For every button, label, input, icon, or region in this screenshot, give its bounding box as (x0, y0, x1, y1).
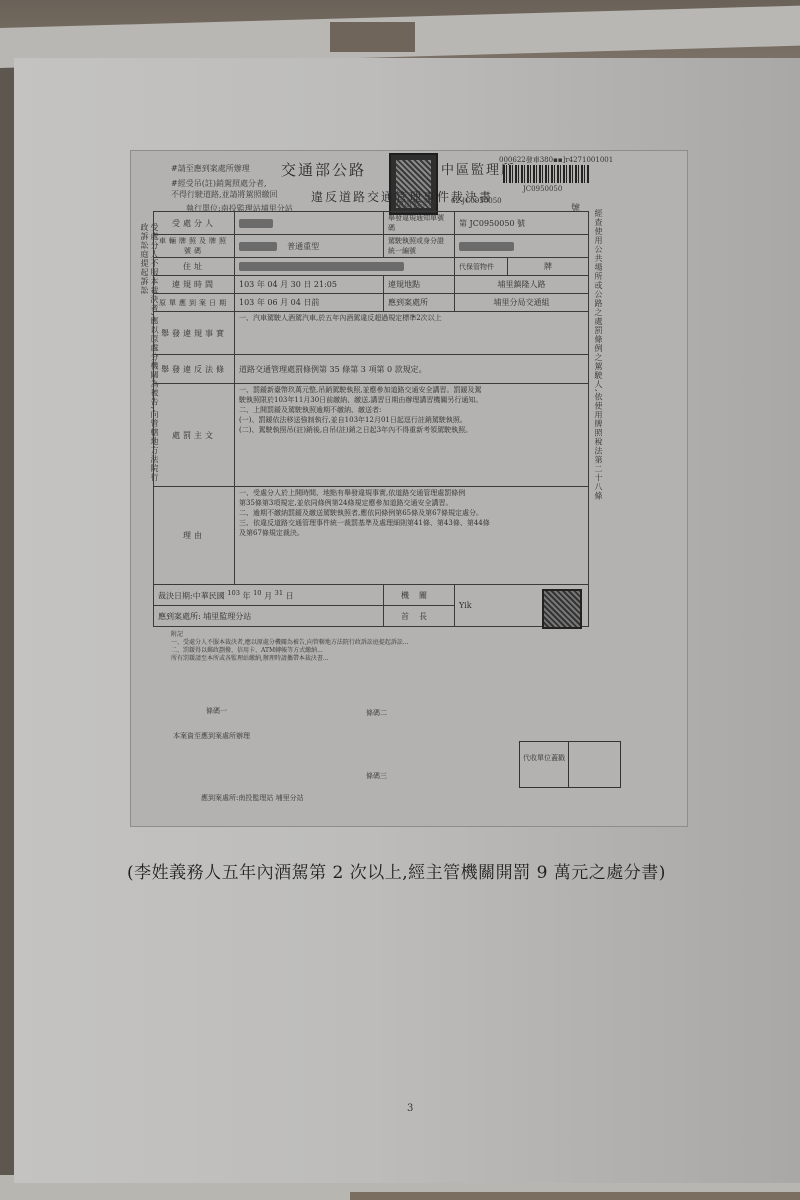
order-line: (二)、駕駛執照吊(註)銷後,自吊(註)銷之日起3年內不得重新考領駕駛執照。 (239, 425, 584, 435)
vehicle-value: 普通重型 (235, 235, 384, 258)
collection-stamp-box: 代收單位蓋戳 (519, 741, 621, 788)
row-label: 舉發違規通知單號碼 (384, 212, 455, 235)
order-line: 一、罰鍰新臺幣玖萬元整,吊銷駕駛執照,並應參加道路交通安全講習。罰鍰及駕 (239, 385, 584, 395)
header-note-3: 不得行駛道路,並請將駕照繳回 (171, 189, 278, 200)
side-note-right: 經查使用公共場所或公路之處罰條例之駕駛人,依使用牌照稅法第二十八條 (593, 209, 603, 589)
row-label: 原單應到案日期 (154, 294, 235, 312)
row-label: 駕駛執照或身分證統一編號 (384, 235, 455, 258)
document-caption: (李姓義務人五年內酒駕第 2 次以上,經主管機關開罰 9 萬元之處分書) (127, 848, 707, 898)
address-value (235, 258, 455, 276)
reason-line: 一、受處分人於上開時間、地點有舉發違規事實,依道路交通管理處罰條例 (239, 488, 584, 498)
header-note-2: #經受吊(註)銷駕照處分者, (171, 178, 267, 189)
violation-location: 埔里鎮隆人路 (455, 276, 589, 294)
order-line: 二、上開罰鍰及駕駛執照逾期不繳納、繳送者: (239, 405, 584, 415)
qr-code-small (542, 589, 582, 629)
table-row: 原單應到案日期 103 年 06 月 04 日前 應到案處所 埔里分局交通組 (154, 294, 589, 312)
scanned-penalty-notice: #請至應到案處所辦理 #經受吊(註)銷駕照處分者, 不得行駛道路,並請將駕照繳回… (130, 150, 688, 827)
order-line: (一)、罰鍰依法移送強制執行,並自103年12月01日起逕行註銷駕駛執照。 (239, 415, 584, 425)
held-item-value: 牌 (508, 258, 589, 276)
row-label: 違規時間 (154, 276, 235, 294)
barcode-label-2: 條碼二 (366, 708, 387, 718)
row-label: 代保管物件 (455, 258, 508, 276)
redacted-block (239, 262, 404, 271)
stamp-label: 代收單位蓋戳 (520, 742, 569, 787)
row-label: 違規地點 (384, 276, 455, 294)
reason-line: 二、逾期不繳納罰鍰及繳送駕駛執照者,應依同條例第65條及第67條規定處分。 (239, 508, 584, 518)
footnote-label: 附記 (171, 631, 183, 638)
decision-date: 裁決日期:中華民國 103 年 10 月 31 日 (154, 585, 384, 606)
top-right-code: 000622發車380▪▪]r4271001001 (499, 155, 613, 165)
row-label: 理由 (154, 487, 235, 585)
table-row: 舉發違規事實 一、汽車駕駛人酒駕汽車,於五年內酒駕違反超過規定標準2次以上 (154, 312, 589, 355)
organ-label: 機關 (384, 585, 455, 606)
table-row: 受處分人 舉發違規通知單號碼 第 JC0950050 號 (154, 212, 589, 235)
page-number: 3 (407, 1103, 413, 1114)
footnote-line: 所有罰鍰請至本所或各監理站繳納,辦理時請攜帶本裁決書... (171, 655, 641, 663)
violated-law: 道路交通管理處罰條例第 35 條第 3 項第 0 款規定。 (235, 355, 589, 384)
serial-value: 62-JC0950050 (451, 197, 502, 205)
table-row: 裁決日期:中華民國 103 年 10 月 31 日 機關 Yik (154, 585, 589, 606)
row-label: 舉發違反法條 (154, 355, 235, 384)
redacted-block (239, 242, 277, 251)
reason-line: 第35條第3項規定,並依同條例第24條規定應參加道路交通安全講習。 (239, 498, 584, 508)
background-surface-bottom (350, 1192, 800, 1200)
footnote: 附記 一、受處分人不服本裁決者,應以原處分機關為被告,向管轄地方法院行政訴訟庭提… (171, 631, 641, 663)
recipient-value (235, 212, 384, 235)
notice-number: 第 JC0950050 號 (455, 212, 589, 235)
header-note-1: #請至應到案處所辦理 (171, 163, 250, 174)
reason-line: 及第67條規定裁決。 (239, 528, 584, 538)
report-office: 埔里分局交通組 (455, 294, 589, 312)
redacted-block (459, 242, 514, 251)
order-line: 駛執照限於103年11月30日前繳納、繳送,講習日期由辦理講習機關另行通知。 (239, 395, 584, 405)
signature-cell: Yik (455, 585, 589, 627)
penalty-reason: 一、受處分人於上開時間、地點有舉發違規事實,依道路交通管理處罰條例 第35條第3… (235, 487, 589, 585)
head-signature: Yik (459, 601, 472, 610)
office-cell: 應到案處所: 埔里監理分站 (154, 606, 384, 627)
table-row: 住址 代保管物件 牌 (154, 258, 589, 276)
barcode-label-1: 條碼一 (206, 706, 227, 716)
footnote-line: 二、罰鍰得以郵政劃撥、信用卡、ATM轉帳等方式繳納... (171, 647, 641, 655)
penalty-form-table: 受處分人 舉發違規通知單號碼 第 JC0950050 號 車輛牌照及牌照號碼 普… (153, 211, 589, 627)
table-row: 理由 一、受處分人於上開時間、地點有舉發違規事實,依道路交通管理處罰條例 第35… (154, 487, 589, 585)
table-row: 舉發違反法條 道路交通管理處罰條例第 35 條第 3 項第 0 款規定。 (154, 355, 589, 384)
row-label: 受處分人 (154, 212, 235, 235)
barcode (503, 165, 589, 183)
original-due-date: 103 年 06 月 04 日前 (235, 294, 384, 312)
printed-page: #請至應到案處所辦理 #經受吊(註)銷駕照處分者, 不得行駛道路,並請將駕照繳回… (14, 58, 800, 1183)
row-label: 處罰主文 (154, 384, 235, 487)
stamp-area (569, 742, 620, 787)
barcode-text: JC0950050 (523, 185, 562, 193)
tape-piece (330, 22, 415, 52)
row-label: 住址 (154, 258, 235, 276)
redacted-block (239, 219, 273, 228)
violation-time: 103 年 04 月 30 日 21:05 (235, 276, 384, 294)
row-label: 舉發違規事實 (154, 312, 235, 355)
barcode-label-3: 條碼三 (366, 771, 387, 781)
license-value (455, 235, 589, 258)
footnote-line: 一、受處分人不服本裁決者,應以原處分機關為被告,向管轄地方法院行政訴訟庭提起訴訟… (171, 639, 641, 647)
violation-facts: 一、汽車駕駛人酒駕汽車,於五年內酒駕違反超過規定標準2次以上 (235, 312, 589, 355)
bottom-office: 應到案處所:南投監理站 埔里分站 (201, 793, 304, 803)
row-label: 應到案處所 (384, 294, 455, 312)
table-row: 違規時間 103 年 04 月 30 日 21:05 違規地點 埔里鎮隆人路 (154, 276, 589, 294)
table-row: 車輛牌照及牌照號碼 普通重型 駕駛執照或身分證統一編號 (154, 235, 589, 258)
table-row: 處罰主文 一、罰鍰新臺幣玖萬元整,吊銷駕駛執照,並應參加道路交通安全講習。罰鍰及… (154, 384, 589, 487)
row-label: 車輛牌照及牌照號碼 (154, 235, 235, 258)
mail-note: 本案資至應到案處所辦理 (173, 731, 250, 741)
reason-line: 三、依違反道路交通管理事件統一裁罰基準及處理細則第41條、第43條、第44條 (239, 518, 584, 528)
penalty-order: 一、罰鍰新臺幣玖萬元整,吊銷駕駛執照,並應參加道路交通安全講習。罰鍰及駕 駛執照… (235, 384, 589, 487)
agency-title-left: 交通部公路 (281, 159, 366, 180)
head-label: 首長 (384, 606, 455, 627)
serial-label: 填單號字第 (396, 199, 436, 210)
